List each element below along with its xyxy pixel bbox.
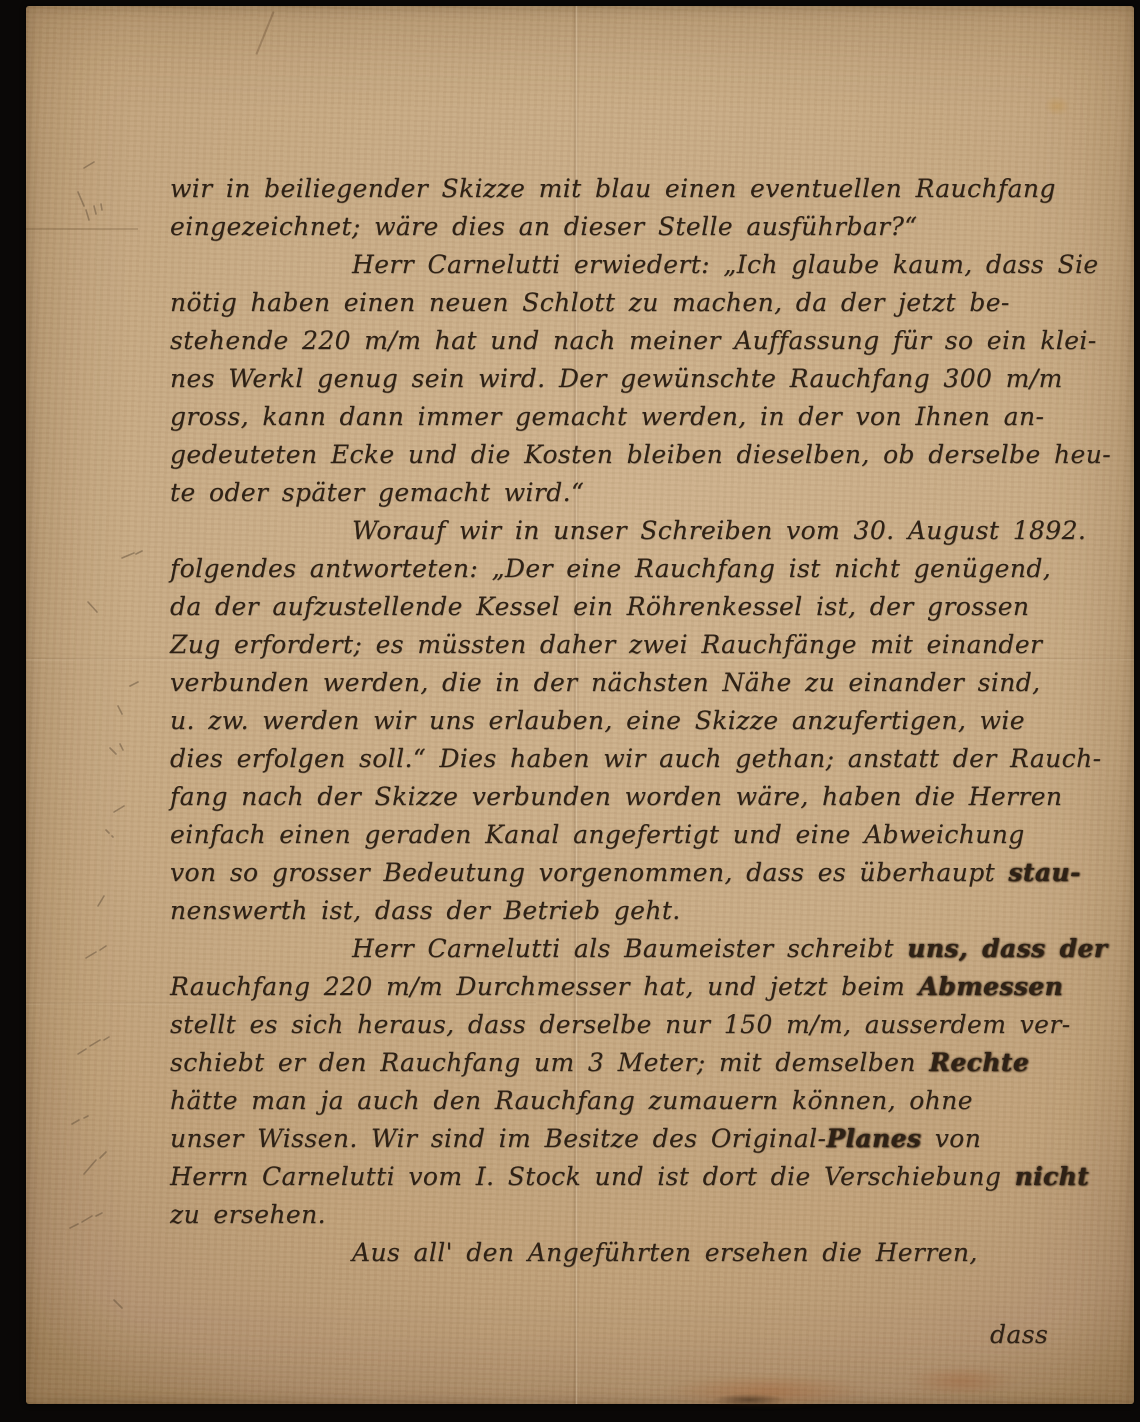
handwritten-line: eingezeichnet; wäre dies an dieser Stell… [170,208,1090,246]
handwritten-line: hätte man ja auch den Rauchfang zumauern… [170,1082,1090,1120]
handwritten-line: unser Wissen. Wir sind im Besitze des Or… [170,1120,1090,1158]
handwritten-line: Rauchfang 220 m/m Durchmesser hat, und j… [170,968,1090,1006]
rust-stain [666,1374,866,1408]
letter-paper: wir in beiliegender Skizze mit blau eine… [26,6,1134,1404]
paper-spot [1044,96,1070,116]
handwritten-line: von so grosser Bedeutung vorgenommen, da… [170,854,1090,892]
handwritten-line: u. zw. werden wir uns erlauben, eine Ski… [170,702,1090,740]
ink-smudge: Abmessen [919,972,1064,1001]
handwritten-line: gross, kann dann immer gemacht werden, i… [170,398,1090,436]
ink-smudge: stau- [1008,858,1080,887]
handwritten-line: Herrn Carnelutti vom I. Stock und ist do… [170,1158,1090,1196]
handwritten-line: nenswerth ist, dass der Betrieb geht. [170,892,1090,930]
handwritten-line: da der aufzustellende Kessel ein Röhrenk… [170,588,1090,626]
ink-smudge: nicht [1015,1162,1090,1191]
handwritten-line: stehende 220 m/m hat und nach meiner Auf… [170,322,1090,360]
ink-smudge: Planes [826,1124,921,1153]
rust-stain [906,1366,1016,1396]
edge-blemish [714,1394,784,1406]
ink-smudge: uns, dass der [907,934,1107,963]
handwritten-line: Herr Carnelutti erwiedert: „Ich glaube k… [170,246,1090,284]
scanned-letter-photo: wir in beiliegender Skizze mit blau eine… [0,0,1140,1422]
handwritten-line: te oder später gemacht wird.“ [170,474,1090,512]
handwritten-line: einfach einen geraden Kanal angefertigt … [170,816,1090,854]
handwritten-line: Aus all' den Angeführten ersehen die Her… [170,1234,1090,1272]
ink-smudge: Rechte [929,1048,1029,1077]
handwritten-line: Herr Carnelutti als Baumeister schreibt … [170,930,1090,968]
handwritten-line: fang nach der Skizze verbunden worden wä… [170,778,1090,816]
handwritten-line: dies erfolgen soll.“ Dies haben wir auch… [170,740,1090,778]
handwritten-line: zu ersehen. [170,1196,1090,1234]
handwritten-line: Zug erfordert; es müssten daher zwei Rau… [170,626,1090,664]
handwritten-line: Worauf wir in unser Schreiben vom 30. Au… [170,512,1090,550]
crease-diagonal-top [255,11,274,54]
handwritten-line: folgendes antworteten: „Der eine Rauchfa… [170,550,1090,588]
handwritten-line: nötig haben einen neuen Schlott zu mache… [170,284,1090,322]
handwritten-line: verbunden werden, die in der nächsten Nä… [170,664,1090,702]
crease-dash-left [26,228,138,230]
letter-body: wir in beiliegender Skizze mit blau eine… [170,170,1090,1354]
handwritten-line: nes Werkl genug sein wird. Der gewünscht… [170,360,1090,398]
handwritten-line: stellt es sich heraus, dass derselbe nur… [170,1006,1090,1044]
catchword: dass [170,1316,1090,1354]
handwritten-line: schiebt er den Rauchfang um 3 Meter; mit… [170,1044,1090,1082]
handwritten-line: gedeuteten Ecke und die Kosten bleiben d… [170,436,1090,474]
handwritten-line: wir in beiliegender Skizze mit blau eine… [170,170,1090,208]
